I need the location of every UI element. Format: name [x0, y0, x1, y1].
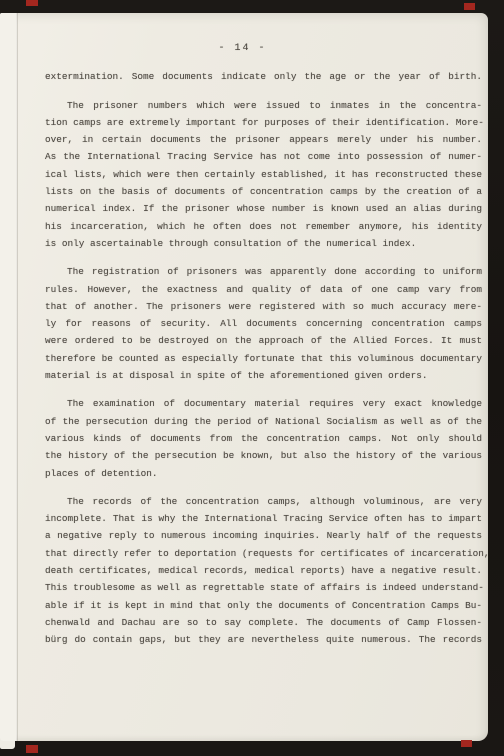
text-line: chenwald and Dachau are so to say comple… — [45, 614, 482, 631]
text-line: places of detention. — [45, 465, 482, 482]
text-line: able if it is kept in mind that only the… — [45, 597, 482, 614]
text-line: tion camps are extremely important for p… — [45, 114, 482, 131]
paragraphs-container: extermination. Some documents indicate o… — [45, 68, 482, 648]
text-line: a negative reply to numerous incoming in… — [45, 527, 482, 544]
text-line: bürg do contain gaps, but they are never… — [45, 631, 482, 648]
text-line: his incarceration, which he often does n… — [45, 218, 482, 235]
text-line: were ordered to be destroyed on the appr… — [45, 332, 482, 349]
text-line: various kinds of documents from the conc… — [45, 430, 482, 447]
corner-mark-top-right — [464, 3, 475, 10]
text-line: extermination. Some documents indicate o… — [45, 68, 482, 85]
text-line: lists on the basis of documents of conce… — [45, 183, 482, 200]
text-line: that of another. The prisoners were regi… — [45, 298, 482, 315]
text-line: over, in certain documents the prisoner … — [45, 131, 482, 148]
text-line: The prisoner numbers which were issued t… — [45, 97, 482, 114]
corner-mark-bottom-right — [461, 740, 472, 747]
text-line: is only ascertainable through consultati… — [45, 235, 482, 252]
text-line: The registration of prisoners was appare… — [45, 263, 482, 280]
text-line: ical lists, which were then certainly es… — [45, 166, 482, 183]
paragraph: The registration of prisoners was appare… — [45, 263, 482, 384]
text-line: The examination of documentary material … — [45, 395, 482, 412]
text-line: As the International Tracing Service has… — [45, 148, 482, 165]
document-page: - 14 - extermination. Some documents ind… — [0, 13, 488, 741]
text-line: incomplete. That is why the Internationa… — [45, 510, 482, 527]
text-line: The records of the concentration camps, … — [45, 493, 482, 510]
paragraph: The prisoner numbers which were issued t… — [45, 97, 482, 253]
paragraph: The records of the concentration camps, … — [45, 493, 482, 649]
text-line: of the persecution during the period of … — [45, 413, 482, 430]
page-number: - 14 - — [24, 40, 461, 57]
paragraph: The examination of documentary material … — [45, 395, 482, 481]
text-line: death certificates, medical records, med… — [45, 562, 482, 579]
corner-mark-bottom-left — [26, 745, 38, 753]
corner-mark-top-left — [26, 0, 38, 6]
text-line: ly for reasons of security. All document… — [45, 315, 482, 332]
text-line: therefore be counted as especially fortu… — [45, 350, 482, 367]
text-line: material is at disposal in spite of the … — [45, 367, 482, 384]
text-line: This troublesome as well as regrettable … — [45, 579, 482, 596]
text-line: the history of the persecution be known,… — [45, 447, 482, 464]
text-line: that directly refer to deportation (requ… — [45, 545, 482, 562]
underlying-page-edge — [0, 13, 16, 741]
text-line: rules. However, the exactness and qualit… — [45, 281, 482, 298]
page-fold-line — [16, 13, 18, 741]
paragraph: extermination. Some documents indicate o… — [45, 68, 482, 85]
text-line: numerical index. If the prisoner whose n… — [45, 200, 482, 217]
page-text-area: - 14 - extermination. Some documents ind… — [45, 40, 482, 649]
